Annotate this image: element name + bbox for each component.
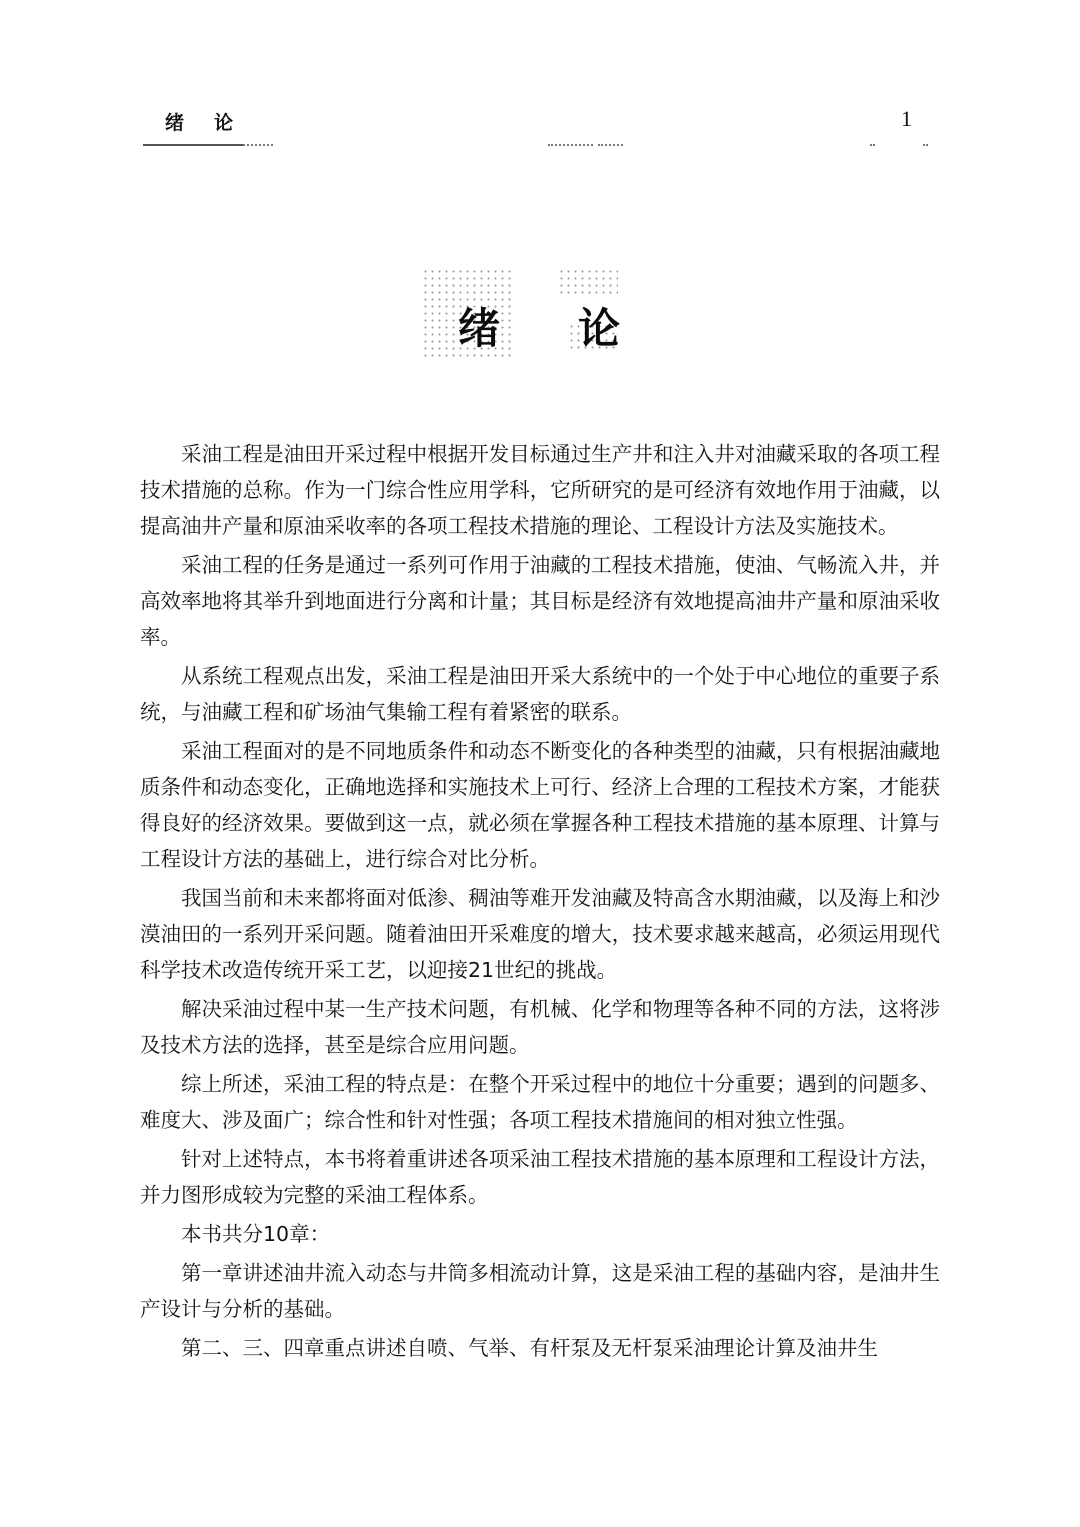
chapter-title-char: 绪 xyxy=(458,296,500,356)
body-text: 采油工程是油田开采过程中根据开发目标通过生产井和注入井对油藏采取的各项工程技术措… xyxy=(140,436,940,1369)
paragraph: 我国当前和未来都将面对低渗、稠油等难开发油藏及特高含水期油藏，以及海上和沙漠油田… xyxy=(140,880,940,988)
running-header: 绪论 1 xyxy=(143,108,938,148)
header-rule-fragment xyxy=(870,144,873,148)
paragraph: 综上所述，采油工程的特点是：在整个开采过程中的地位十分重要；遇到的问题多、难度大… xyxy=(140,1066,940,1138)
header-rule xyxy=(143,144,243,146)
header-rule-fragment xyxy=(548,144,593,148)
paragraph: 采油工程面对的是不同地质条件和动态不断变化的各种类型的油藏，只有根据油藏地质条件… xyxy=(140,733,940,877)
paragraph: 从系统工程观点出发，采油工程是油田开采大系统中的一个处于中心地位的重要子系统，与… xyxy=(140,658,940,730)
header-rule-fragment xyxy=(243,144,273,148)
paragraph: 解决采油过程中某一生产技术问题，有机械、化学和物理等各种不同的方法，这将涉及技术… xyxy=(140,991,940,1063)
paragraph: 本书共分10章： xyxy=(140,1216,940,1252)
chapter-title-char: 论 xyxy=(578,296,620,356)
paragraph: 第一章讲述油井流入动态与井筒多相流动计算，这是采油工程的基础内容，是油井生产设计… xyxy=(140,1255,940,1327)
header-rule-fragment xyxy=(598,144,623,148)
running-title: 绪论 xyxy=(165,108,263,135)
paragraph: 采油工程是油田开采过程中根据开发目标通过生产井和注入井对油藏采取的各项工程技术措… xyxy=(140,436,940,544)
chapter-title-block: 绪 论 xyxy=(418,268,640,368)
paragraph: 第二、三、四章重点讲述自喷、气举、有杆泵及无杆泵采油理论计算及油井生 xyxy=(140,1330,940,1366)
stipple-decoration xyxy=(558,268,618,298)
paragraph: 采油工程的任务是通过一系列可作用于油藏的工程技术措施，使油、气畅流入井，并高效率… xyxy=(140,547,940,655)
page-number: 1 xyxy=(901,106,912,132)
header-rule-fragment xyxy=(923,144,926,148)
paragraph: 针对上述特点，本书将着重讲述各项采油工程技术措施的基本原理和工程设计方法，并力图… xyxy=(140,1141,940,1213)
